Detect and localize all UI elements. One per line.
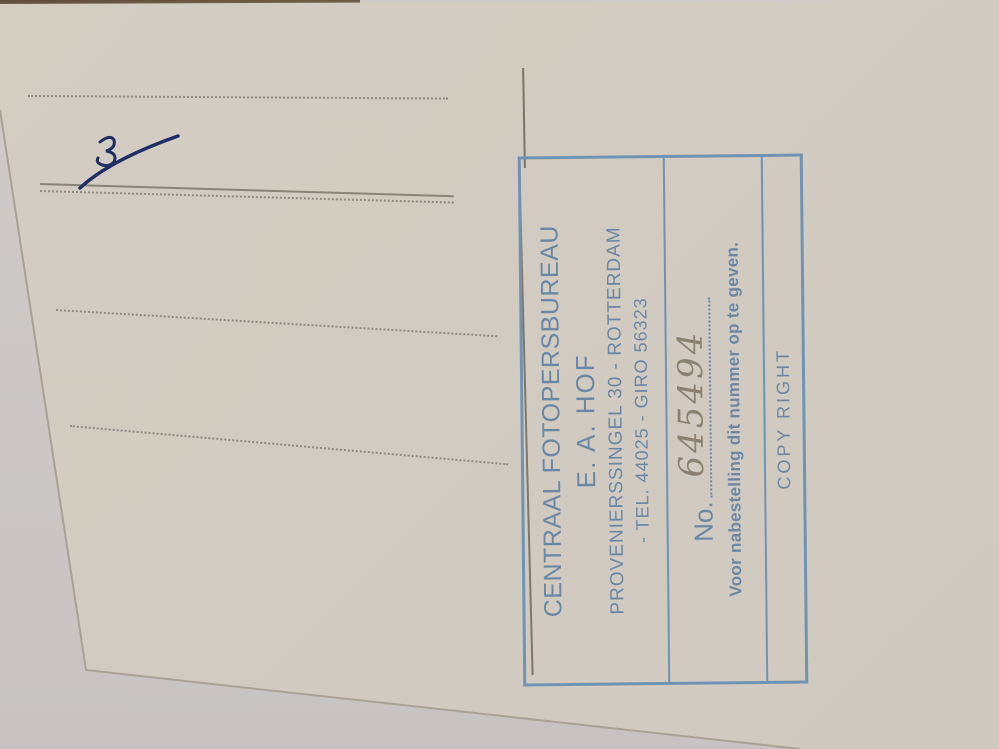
dotted-line-4 bbox=[70, 425, 508, 465]
stamp-phone: - TEL. 44025 - GIRO 56323 bbox=[630, 297, 654, 543]
dotted-line-3 bbox=[56, 309, 497, 337]
stamp-number-value: 645494 bbox=[670, 329, 712, 477]
stamp-copyright: COPY RIGHT bbox=[773, 347, 795, 489]
stamp-header: CENTRAAL FOTOPERSBUREAU E. A. HOF PROVEN… bbox=[521, 157, 670, 682]
stamp-number-label: No. bbox=[688, 501, 719, 542]
stamp-number-section: No. 645494 Voor nabestelling dit nummer … bbox=[665, 156, 768, 681]
stamp-number-row: No. 645494 bbox=[686, 297, 720, 542]
stamp-address: PROVENIERSSINGEL 30 - ROTTERDAM bbox=[603, 226, 629, 614]
stamp-copyright-section: COPY RIGHT bbox=[763, 156, 805, 680]
stamp-name: E. A. HOF bbox=[569, 353, 601, 488]
stamp-box: CENTRAAL FOTOPERSBUREAU E. A. HOF PROVEN… bbox=[518, 153, 809, 686]
stamp-number-field: 645494 bbox=[690, 297, 712, 497]
photo-card-back: CENTRAAL FOTOPERSBUREAU E. A. HOF PROVEN… bbox=[0, 0, 999, 749]
photographer-stamp: CENTRAAL FOTOPERSBUREAU E. A. HOF PROVEN… bbox=[517, 152, 809, 687]
stamp-reorder-note: Voor nabestelling dit nummer op te geven… bbox=[722, 241, 746, 596]
handwritten-mark bbox=[70, 120, 190, 200]
dotted-line-1 bbox=[28, 95, 448, 100]
stamp-company: CENTRAAL FOTOPERSBUREAU bbox=[535, 224, 568, 616]
